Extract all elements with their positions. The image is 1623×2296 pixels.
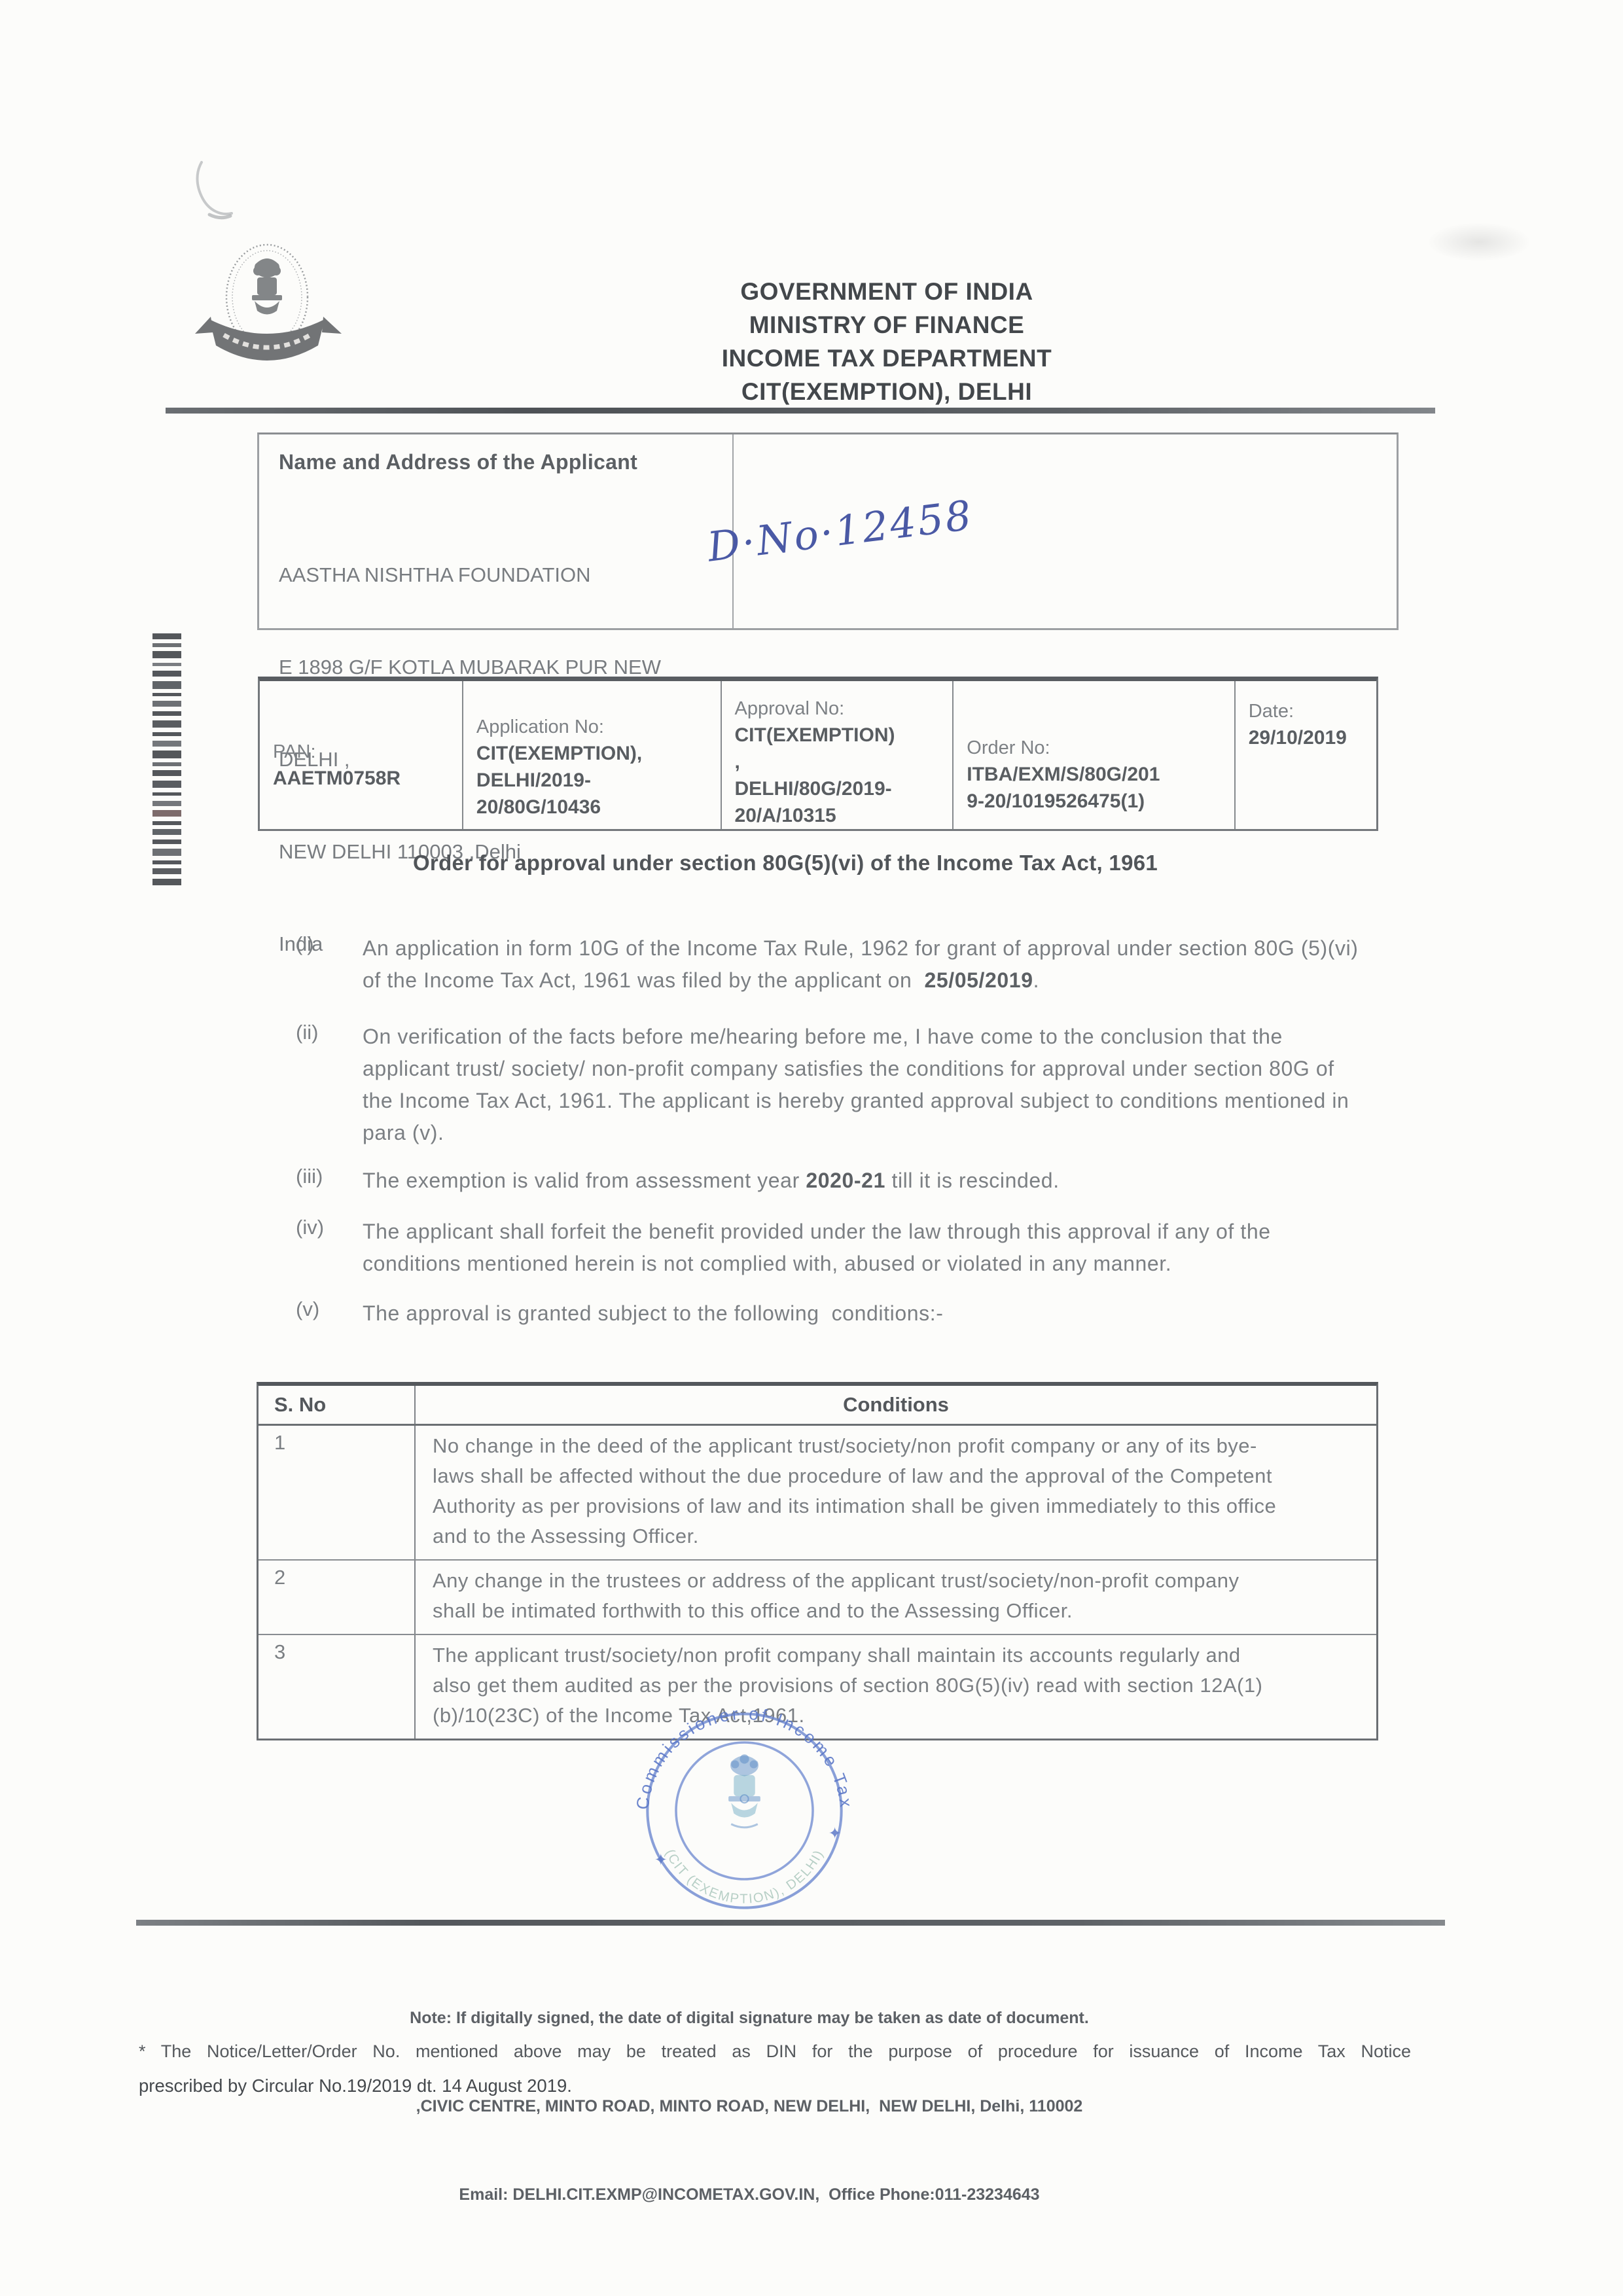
stamp-star-left: ✦ (654, 1852, 668, 1869)
footer-note-line: Note: If digitally signed, the date of d… (259, 2004, 1240, 2033)
paragraph-ii: (ii) On verification of the facts before… (296, 1021, 1382, 1149)
org-line-4: CIT(EXEMPTION), DELHI (622, 375, 1152, 408)
scan-smudge (1427, 222, 1531, 262)
paragraph-text-segment: The exemption is valid from assessment y… (363, 1169, 806, 1192)
stamp-center-emblem (728, 1754, 760, 1828)
paragraph-text-segment: On verification of the facts before me/h… (363, 1025, 1355, 1144)
date-cell: Date: 29/10/2019 (1236, 681, 1376, 829)
conditions-table: S. No Conditions 1 No change in the deed… (257, 1382, 1378, 1740)
approval-no-label: Approval No: (735, 696, 940, 722)
order-no-value: 9-20/1019526475(1) (967, 788, 1221, 815)
scanned-order-page: GOVERNMENT OF INDIA MINISTRY OF FINANCE … (0, 0, 1623, 2296)
order-no-value: ITBA/EXM/S/80G/201 (967, 761, 1221, 788)
conditions-table-header: S. No Conditions (259, 1386, 1376, 1426)
order-no-cell: Order No: ITBA/EXM/S/80G/201 9-20/101952… (954, 681, 1235, 829)
din-footnote-line-2: prescribed by Circular No.19/2019 dt. 14… (139, 2075, 1411, 2096)
application-no-cell: Application No: CIT(EXEMPTION), DELHI/20… (463, 681, 722, 829)
approval-no-value: DELHI/80G/2019- (735, 775, 940, 802)
paragraph-v: (v) The approval is granted subject to t… (296, 1298, 1382, 1330)
condition-text: No change in the deed of the applicant t… (416, 1426, 1300, 1559)
ashoka-emblem-icon (190, 237, 349, 383)
footer-contact-line: Email: DELHI.CIT.EXMP@INCOMETAX.GOV.IN, … (259, 2180, 1240, 2210)
paragraph-text-segment: till it is rescinded. (885, 1169, 1060, 1192)
din-footnote-line-1: * The Notice/Letter/Order No. mentioned … (139, 2041, 1411, 2062)
paragraph-iv: (iv) The applicant shall forfeit the ben… (296, 1216, 1382, 1280)
approval-no-value: 20/A/10315 (735, 802, 940, 829)
address-line: AASTHA NISHTHA FOUNDATION (279, 559, 732, 590)
paragraph-iii: (iii) The exemption is valid from assess… (296, 1165, 1382, 1197)
date-value: 29/10/2019 (1249, 724, 1363, 751)
paragraph-ii-label: (ii) (296, 1021, 363, 1149)
application-no-value: DELHI/2019- (476, 767, 707, 794)
reference-table: PAN: AAETM0758R Application No: CIT(EXEM… (258, 677, 1378, 831)
org-line-2: MINISTRY OF FINANCE (622, 308, 1152, 342)
condition-row-1: 1 No change in the deed of the applicant… (259, 1426, 1376, 1561)
org-line-1: GOVERNMENT OF INDIA (622, 275, 1152, 308)
paragraph-v-label: (v) (296, 1298, 363, 1330)
condition-sno: 2 (259, 1561, 416, 1634)
pan-cell: PAN: AAETM0758R (260, 681, 463, 829)
paragraph-i-text: An application in form 10G of the Income… (363, 932, 1364, 997)
lion-capital-silhouette (252, 258, 282, 315)
svg-text:(CIT (EXEMPTION), DELHI): (CIT (EXEMPTION), DELHI) (662, 1847, 827, 1907)
condition-text: The applicant trust/society/non profit c… (416, 1635, 1300, 1739)
barcode-icon (151, 633, 183, 889)
approval-no-value: , (735, 749, 940, 775)
commissioner-stamp-icon: Commissioner of Income Tax (CIT (EXEMPTI… (632, 1698, 857, 1924)
paragraph-i-label: (i) (296, 932, 363, 997)
date-label: Date: (1249, 698, 1363, 724)
stamp-bottom-text: (CIT (EXEMPTION), DELHI) (662, 1847, 827, 1907)
paragraph-iii-text: The exemption is valid from assessment y… (363, 1165, 1364, 1197)
approval-no-value: CIT(EXEMPTION) (735, 722, 940, 749)
paragraph-text-segment: . (1033, 968, 1040, 992)
sno-header: S. No (259, 1386, 416, 1424)
paragraph-iv-label: (iv) (296, 1216, 363, 1280)
paragraph-text-segment: The approval is granted subject to the f… (363, 1301, 943, 1325)
condition-sno: 3 (259, 1635, 416, 1739)
stamp-star-right: ✦ (828, 1825, 841, 1843)
order-no-label: Order No: (967, 735, 1221, 761)
footer-divider-rule (136, 1920, 1445, 1926)
paragraph-ii-text: On verification of the facts before me/h… (363, 1021, 1364, 1149)
footer-note-block: Note: If digitally signed, the date of d… (259, 1945, 1240, 2269)
conditions-header: Conditions (416, 1386, 1376, 1424)
condition-row-2: 2 Any change in the trustees or address … (259, 1561, 1376, 1635)
approval-no-cell: Approval No: CIT(EXEMPTION) , DELHI/80G/… (722, 681, 954, 829)
paragraph-i: (i) An application in form 10G of the In… (296, 932, 1382, 997)
banner-ribbon (195, 317, 342, 361)
applicant-box-label: Name and Address of the Applicant (279, 450, 732, 474)
pan-label: PAN: (273, 739, 449, 765)
order-title: Order for approval under section 80G(5)(… (229, 851, 1342, 875)
header-divider-rule (166, 408, 1435, 414)
header-org-block: GOVERNMENT OF INDIA MINISTRY OF FINANCE … (622, 275, 1152, 408)
application-no-value: 20/80G/10436 (476, 794, 707, 821)
paragraph-bold-segment: 25/05/2019 (924, 968, 1033, 992)
paragraph-text-segment: An application in form 10G of the Income… (363, 936, 1364, 992)
pencil-squiggle-mark (183, 158, 236, 230)
paragraph-bold-segment: 2020-21 (806, 1169, 885, 1192)
org-line-3: INCOME TAX DEPARTMENT (622, 342, 1152, 375)
application-no-value: CIT(EXEMPTION), (476, 740, 707, 767)
condition-text: Any change in the trustees or address of… (416, 1561, 1300, 1634)
paragraph-v-text: The approval is granted subject to the f… (363, 1298, 1364, 1330)
condition-sno: 1 (259, 1426, 416, 1559)
paragraph-iv-text: The applicant shall forfeit the benefit … (363, 1216, 1364, 1280)
applicant-address-cell: Name and Address of the Applicant AASTHA… (259, 434, 734, 628)
paragraph-iii-label: (iii) (296, 1165, 363, 1197)
pan-value: AAETM0758R (273, 765, 449, 792)
application-no-label: Application No: (476, 714, 707, 740)
paragraph-text-segment: The applicant shall forfeit the benefit … (363, 1220, 1277, 1275)
